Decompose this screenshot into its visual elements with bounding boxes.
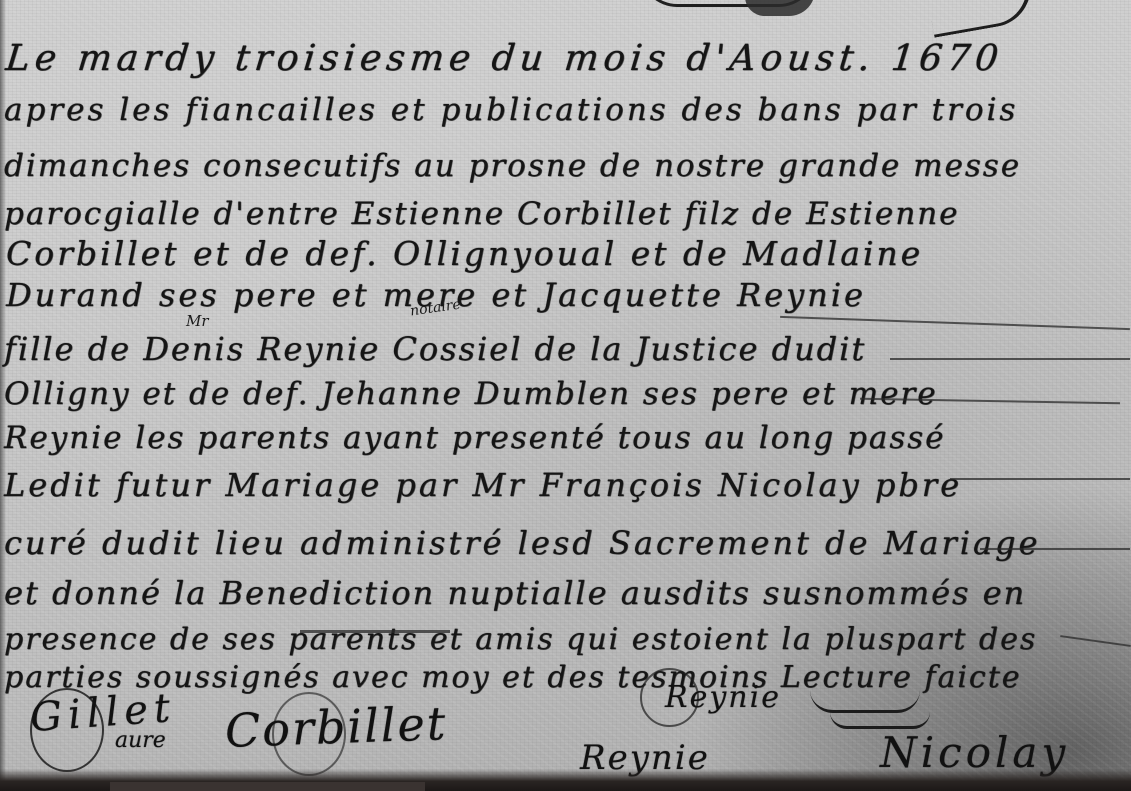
manuscript-line-13: presence de ses parents et amis qui esto… — [4, 622, 1037, 657]
manuscript-line-11: curé dudit lieu administré lesd Sacremen… — [4, 524, 1040, 562]
manuscript-line-10: Ledit futur Mariage par Mr François Nico… — [4, 466, 962, 504]
line-filler-rule — [1060, 635, 1131, 647]
signature-flourish — [830, 712, 930, 729]
manuscript-line-9: Reynie les parents ayant presenté tous a… — [4, 420, 946, 456]
strikethrough-rule — [300, 630, 450, 633]
manuscript-line-5: Corbillet et de def. Ollignyoual et de M… — [6, 234, 923, 273]
line-filler-rule — [780, 316, 1130, 330]
superscript-annotation-mr: Mr — [186, 312, 209, 330]
signature-left-subscript: aure — [115, 728, 166, 753]
manuscript-line-12: et donné la Benediction nuptialle ausdit… — [4, 574, 1026, 612]
manuscript-line-1: Le mardy troisiesme du mois d'Aoust. 167… — [4, 38, 1005, 79]
page-bottom-edge — [0, 769, 1131, 791]
signature-corbillet: Corbillet — [224, 696, 448, 758]
ink-flourish-top-right — [927, 0, 1037, 38]
ink-blot — [745, 0, 815, 16]
line-filler-rule — [950, 478, 1130, 480]
manuscript-line-2: apres les fiancailles et publications de… — [4, 92, 1018, 128]
scan-edge-strip — [110, 782, 425, 791]
line-filler-rule — [980, 548, 1130, 550]
manuscript-line-8: Olligny et de def. Jehanne Dumblen ses p… — [4, 376, 938, 412]
manuscript-scan: Le mardy troisiesme du mois d'Aoust. 167… — [0, 0, 1131, 791]
manuscript-line-7: fille de Denis Reynie Cossiel de la Just… — [4, 330, 866, 368]
manuscript-line-4: parocgialle d'entre Estienne Corbillet f… — [4, 196, 960, 232]
manuscript-line-3: dimanches consecutifs au prosne de nostr… — [4, 148, 1021, 184]
line-filler-rule — [890, 358, 1130, 360]
signature-flourish — [810, 690, 920, 713]
signature-reynie-upper: Reynie — [665, 680, 781, 715]
